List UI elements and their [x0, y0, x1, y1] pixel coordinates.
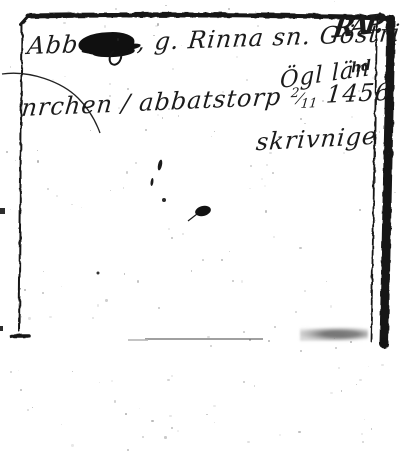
ink-speck	[162, 198, 166, 202]
line3-year: 1456	[325, 78, 393, 109]
ink-blot-tail	[188, 214, 197, 221]
scanned-archive-card: RAP. Abb, g. Rinna sn. Göstrings hd Ögl …	[0, 0, 400, 461]
ink-speck	[157, 159, 163, 171]
handwritten-line-4: skrivnige	[255, 122, 379, 157]
border-corner-topleft	[21, 15, 30, 25]
faint-scan-line-dots	[128, 339, 148, 341]
faint-scan-line	[145, 338, 263, 340]
border-right-inner	[371, 20, 377, 341]
ink-blot-small	[194, 204, 212, 218]
edge-mark	[0, 208, 5, 214]
date-denominator: 11	[300, 96, 318, 112]
handwritten-line-1: Abb, g. Rinna sn. Göstrings	[27, 17, 400, 60]
line1-text-start: Abb	[26, 30, 80, 60]
border-right-shadow	[384, 19, 391, 344]
ink-blot-large	[78, 31, 135, 56]
edge-mark	[0, 326, 3, 331]
line3-date-fraction: 2⁄11	[289, 85, 319, 112]
scan-smudge	[300, 327, 368, 341]
ink-speck	[150, 178, 154, 186]
border-left	[19, 24, 22, 331]
line3-words: nrchen / abbatstorp	[20, 83, 283, 122]
line1-text-rest: , g. Rinna sn. Göstrings	[136, 17, 400, 56]
border-right-end-blob	[380, 338, 389, 347]
handwritten-line-3: nrchen / abbatstorp 2⁄11 1456	[21, 78, 392, 124]
ink-speck	[97, 272, 100, 275]
date-numerator: 2	[290, 86, 300, 101]
